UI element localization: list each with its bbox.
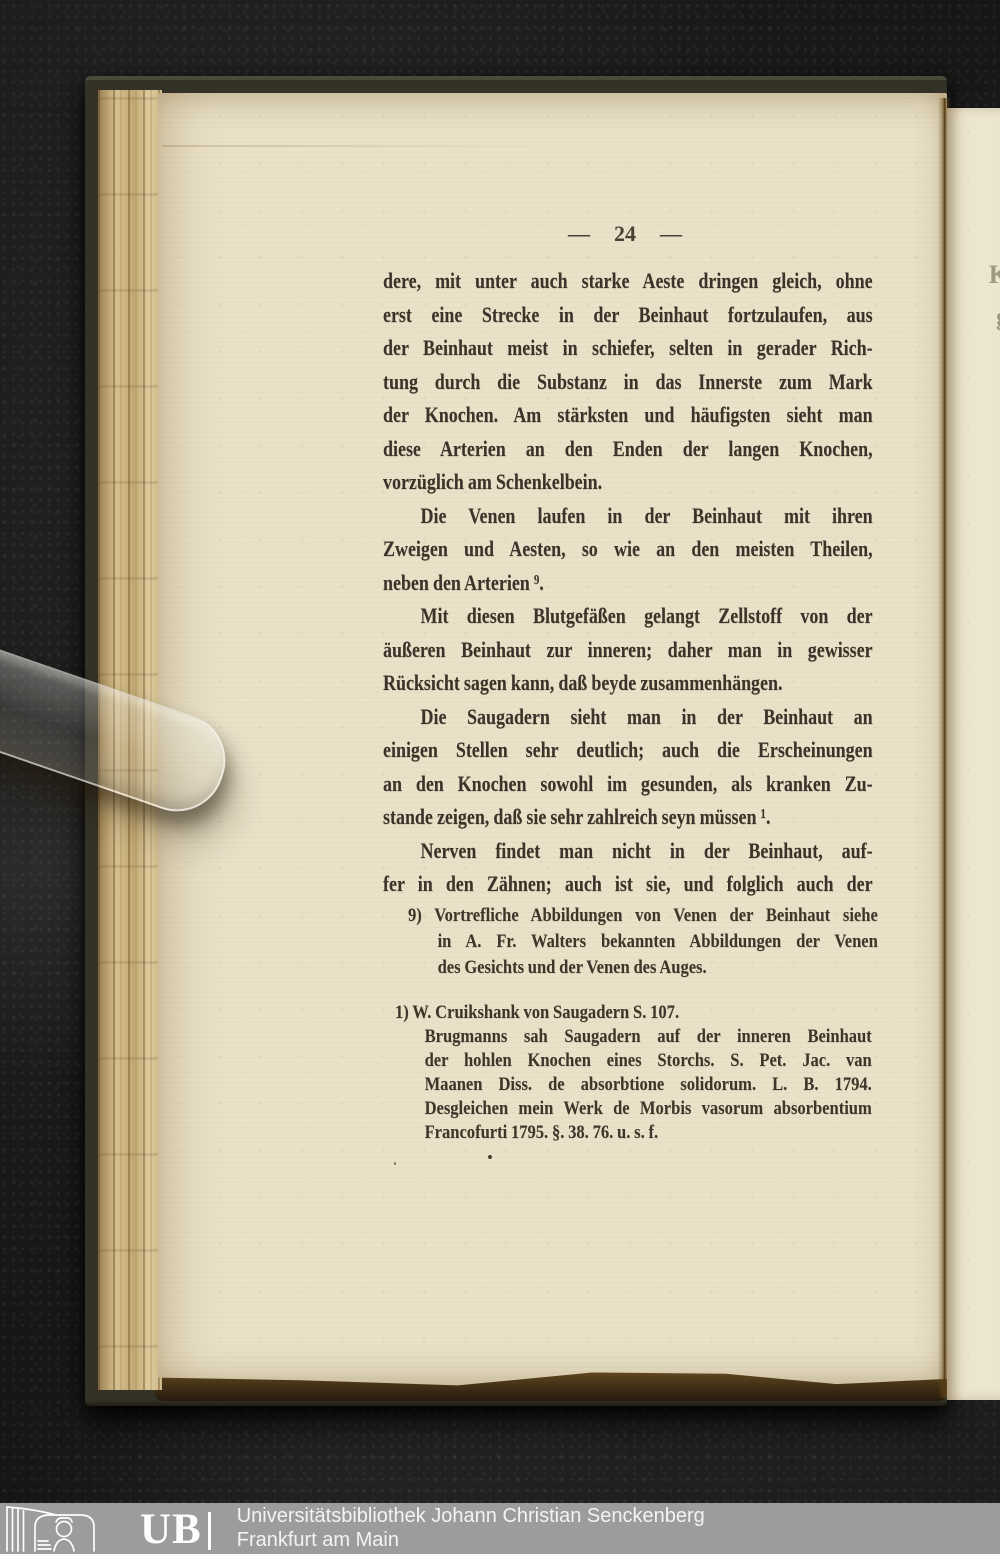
footnote-line: 9) Vortrefliche Abbildungen von Venen de… (408, 903, 878, 929)
text-line: Rücksicht sagen kann, daß beyde zusammen… (383, 666, 873, 700)
text-line: der Knochen. Am stärksten und häufigsten… (383, 398, 873, 432)
body-text: dere, mit unter auch starke Aeste dringe… (383, 264, 873, 901)
text-line: stande zeigen, daß sie sehr zahlreich se… (383, 800, 873, 834)
next-page-text-fragment: g (996, 302, 1000, 332)
text-line: diese Arterien an den Enden der langen K… (383, 432, 873, 466)
header-dash-right: — (660, 221, 682, 247)
paper-speck (488, 1155, 492, 1159)
page-top-crease (162, 145, 714, 147)
text-line: an den Knochen sowohl im gesunden, als k… (383, 767, 873, 801)
footnote-line: Francofurti 1795. §. 38. 76. u. s. f. (395, 1121, 872, 1145)
logo-divider (208, 1512, 211, 1550)
text-line: neben den Arterien ⁹. (383, 566, 873, 600)
text-line: erst eine Strecke in der Beinhaut fortzu… (383, 298, 873, 332)
footnote-line: Desgleichen mein Werk de Morbis vasorum … (395, 1097, 872, 1121)
text-line: Die Venen laufen in der Beinhaut mit ihr… (383, 499, 873, 533)
text-line: vorzüglich am Schenkelbein. (383, 465, 873, 499)
library-logo-acronym: UB (140, 1508, 202, 1551)
page-number-header: — 24 — (475, 221, 775, 247)
paper-speck (394, 1162, 396, 1165)
book: — 24 — dere, mit unter auch starke Aeste… (85, 76, 1000, 1406)
text-line: einigen Stellen sehr deutlich; auch die … (383, 733, 873, 767)
text-line: der Beinhaut meist in schiefer, selten i… (383, 331, 873, 365)
library-footer-bar: UB Universitätsbibliothek Johann Christi… (0, 1503, 1000, 1554)
library-logo-mark-icon (4, 1505, 138, 1553)
text-line: Die Saugadern sieht man in der Beinhaut … (383, 700, 873, 734)
footnote-line: Maanen Diss. de absorbtione solidorum. L… (395, 1073, 872, 1097)
library-city: Frankfurt am Main (237, 1529, 705, 1553)
text-line: Mit diesen Blutgefäßen gelangt Zellstoff… (383, 599, 873, 633)
book-page: — 24 — dere, mit unter auch starke Aeste… (158, 93, 947, 1388)
footnote-line: der hohlen Knochen eines Storchs. S. Pet… (395, 1049, 872, 1073)
text-line: dere, mit unter auch starke Aeste dringe… (383, 264, 873, 298)
library-name: Universitätsbibliothek Johann Christian … (237, 1505, 705, 1529)
footnote-line: in A. Fr. Walters bekannten Abbildungen … (408, 929, 878, 955)
library-logo: UB (4, 1503, 211, 1554)
footnote-1: 1) W. Cruikshank von Saugadern S. 107.Br… (395, 1001, 872, 1145)
header-dash-left: — (568, 221, 590, 247)
footnote-9: 9) Vortrefliche Abbildungen von Venen de… (408, 903, 878, 981)
footnote-line: des Gesichts und der Venen des Auges. (408, 955, 878, 981)
next-page-text-fragment: K (989, 260, 1000, 290)
book-scan-stage: — 24 — dere, mit unter auch starke Aeste… (0, 0, 1000, 1554)
page-number: 24 (614, 221, 636, 247)
text-line: Nerven findet man nicht in der Beinhaut,… (383, 834, 873, 868)
text-line: tung durch die Substanz in das Innerste … (383, 365, 873, 399)
next-page-sliver: K g (947, 108, 1000, 1400)
footnote-line: Brugmanns sah Saugadern auf der inneren … (395, 1025, 872, 1049)
text-line: fer in den Zähnen; auch ist sie, und fol… (383, 867, 873, 901)
text-line: Zweigen und Aesten, so wie an den meiste… (383, 532, 873, 566)
library-footer-text: Universitätsbibliothek Johann Christian … (237, 1505, 705, 1552)
footnote-line: 1) W. Cruikshank von Saugadern S. 107. (395, 1001, 872, 1025)
text-line: äußeren Beinhaut zur inneren; daher man … (383, 633, 873, 667)
